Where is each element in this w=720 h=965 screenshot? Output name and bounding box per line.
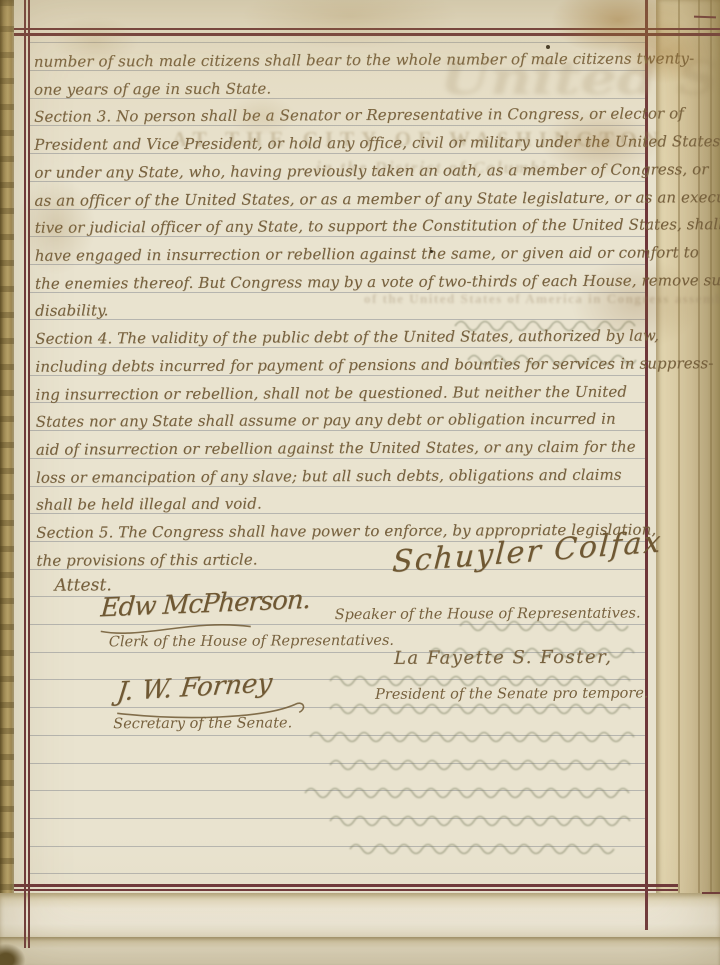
manuscript-line: aid of insurrection or rebellion against… [36,438,636,459]
signature-title-clerk: Clerk of the House of Representatives. [109,633,394,652]
manuscript-line: one years of age in such State. [34,79,271,98]
manuscript-line: loss or emancipation of any slave; but a… [36,466,622,487]
signature-title-speaker: Speaker of the House of Representatives. [335,606,641,625]
handwriting-layer: number of such male citizens shall bear … [0,0,720,965]
manuscript-line: number of such male citizens shall bear … [34,49,695,70]
manuscript-line: disability. [35,301,109,319]
manuscript-line: including debts incurred for payment of … [35,354,713,376]
manuscript-line: shall be held illegal and void. [36,495,262,514]
manuscript-line: Section 4. The validity of the public de… [35,326,659,347]
manuscript-line: President and Vice President, or hold an… [34,132,720,154]
manuscript-line: as an officer of the United States, or a… [34,188,720,210]
signature-lafayette-foster: La Fayette S. Foster, [394,647,613,670]
manuscript-line: the provisions of this article. [36,551,257,570]
manuscript-line: States nor any State shall assume or pay… [36,410,616,431]
manuscript-line: or under any State, who, having previous… [34,160,708,182]
manuscript-line: ing insurrection or rebellion, shall not… [35,383,627,404]
signature-title-secretary: Secretary of the Senate. [113,715,292,733]
manuscript-line: Section 3. No person shall be a Senator … [34,104,684,125]
manuscript-line: the enemies thereof. But Congress may by… [35,271,720,293]
signature-title-president-pro-tempore: President of the Senate pro tempore. [375,685,648,704]
manuscript-line: tive or judicial officer of any State, t… [35,215,720,237]
manuscript-page: United States AT THE CITY OF WASHINGTON … [0,0,720,965]
ink-speck [546,45,550,49]
ink-speck [430,250,433,253]
manuscript-line: have engaged in insurrection or rebellio… [35,243,699,264]
